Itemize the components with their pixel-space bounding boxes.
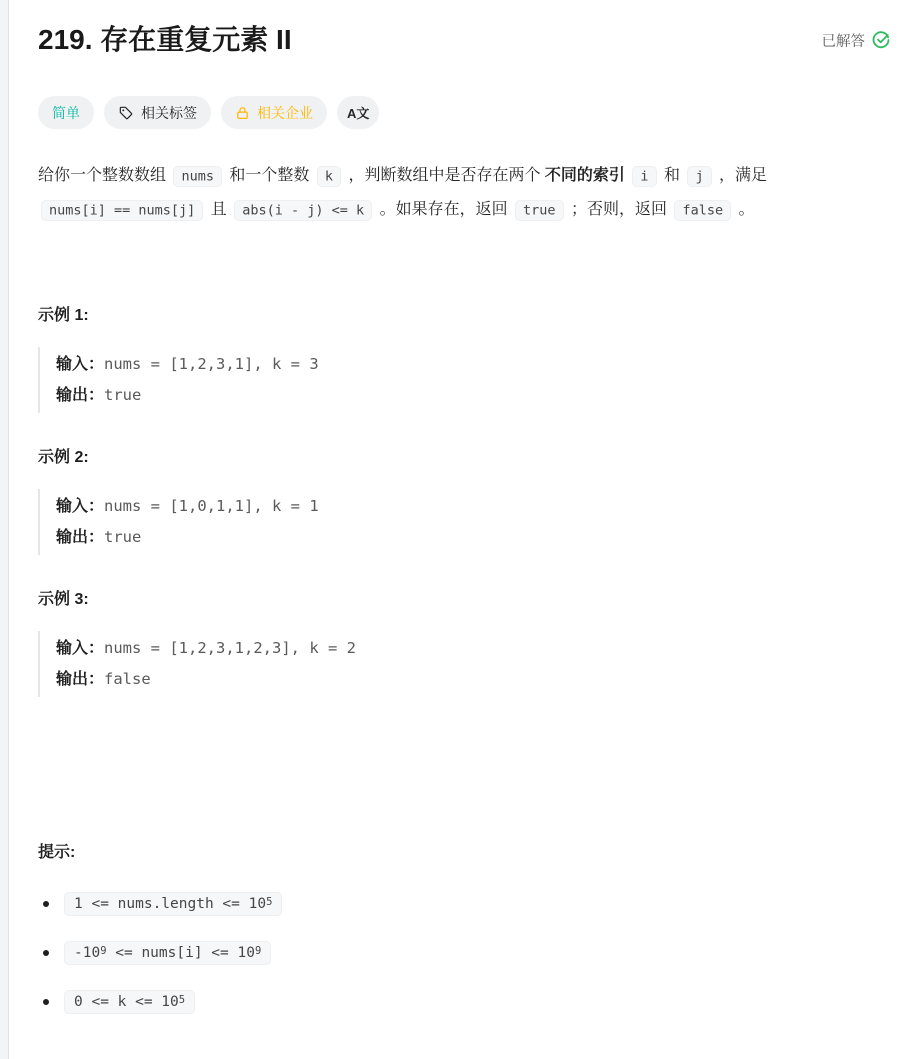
input-label: 输入：: [56, 356, 104, 373]
example-1-heading: 示例 1:: [38, 305, 890, 327]
example-3-heading: 示例 3:: [38, 589, 890, 611]
problem-header: 219. 存在重复元素 II 已解答: [38, 20, 890, 60]
solved-status[interactable]: 已解答: [822, 30, 891, 51]
output-value: false: [104, 670, 151, 688]
lock-icon: [235, 105, 250, 121]
hint-constraint: -109 <= nums[i] <= 109: [64, 941, 271, 965]
badges-row: 简单 相关标签 相关企业 A文: [38, 96, 890, 129]
tag-icon: [118, 105, 134, 121]
check-circle-icon: [872, 31, 890, 49]
hints-heading: 提示:: [38, 842, 890, 864]
example-3-output: 输出：false: [56, 664, 890, 695]
related-tags-label: 相关标签: [141, 103, 197, 123]
example-3-input: 输入：nums = [1,2,3,1,2,3], k = 2: [56, 633, 890, 664]
example-2-input: 输入：nums = [1,0,1,1], k = 1: [56, 491, 890, 522]
input-value: nums = [1,2,3,1], k = 3: [104, 355, 319, 373]
example-2-heading: 示例 2:: [38, 447, 890, 469]
hint-constraint: 1 <= nums.length <= 105: [64, 892, 282, 916]
badge-related-companies[interactable]: 相关企业: [221, 96, 327, 129]
problem-statement: 给你一个整数数组 nums 和一个整数 k ，判断数组中是否存在两个 不同的索引…: [38, 159, 890, 227]
hints-list: 1 <= nums.length <= 105 -109 <= nums[i] …: [38, 890, 890, 1016]
problem-description-panel: 219. 存在重复元素 II 已解答 简单 相关标签: [10, 0, 920, 1016]
input-value: nums = [1,0,1,1], k = 1: [104, 497, 319, 515]
hint-constraint: 0 <= k <= 105: [64, 990, 195, 1014]
badge-difficulty[interactable]: 简单: [38, 96, 94, 129]
hint-item: 1 <= nums.length <= 105: [38, 890, 890, 918]
example-2-block: 输入：nums = [1,0,1,1], k = 1 输出：true: [38, 489, 890, 555]
example-1-input: 输入：nums = [1,2,3,1], k = 3: [56, 349, 890, 380]
hint-item: 0 <= k <= 105: [38, 988, 890, 1016]
example-3-block: 输入：nums = [1,2,3,1,2,3], k = 2 输出：false: [38, 631, 890, 697]
output-label: 输出：: [56, 529, 104, 546]
example-1-block: 输入：nums = [1,2,3,1], k = 3 输出：true: [38, 347, 890, 413]
input-label: 输入：: [56, 640, 104, 657]
output-label: 输出：: [56, 387, 104, 404]
output-value: true: [104, 386, 141, 404]
example-2-output: 输出：true: [56, 522, 890, 553]
example-1-output: 输出：true: [56, 380, 890, 411]
badge-related-tags[interactable]: 相关标签: [104, 96, 211, 129]
input-label: 输入：: [56, 498, 104, 515]
solved-label: 已解答: [822, 30, 866, 51]
output-label: 输出：: [56, 671, 104, 688]
hint-item: -109 <= nums[i] <= 109: [38, 939, 890, 967]
related-companies-label: 相关企业: [257, 103, 313, 123]
left-panel-edge: [0, 0, 9, 1059]
output-value: true: [104, 528, 141, 546]
problem-title: 219. 存在重复元素 II: [38, 20, 292, 60]
difficulty-label: 简单: [52, 103, 80, 123]
badge-translation[interactable]: A文: [337, 96, 379, 129]
translation-icon: A文: [347, 103, 369, 122]
input-value: nums = [1,2,3,1,2,3], k = 2: [104, 639, 356, 657]
